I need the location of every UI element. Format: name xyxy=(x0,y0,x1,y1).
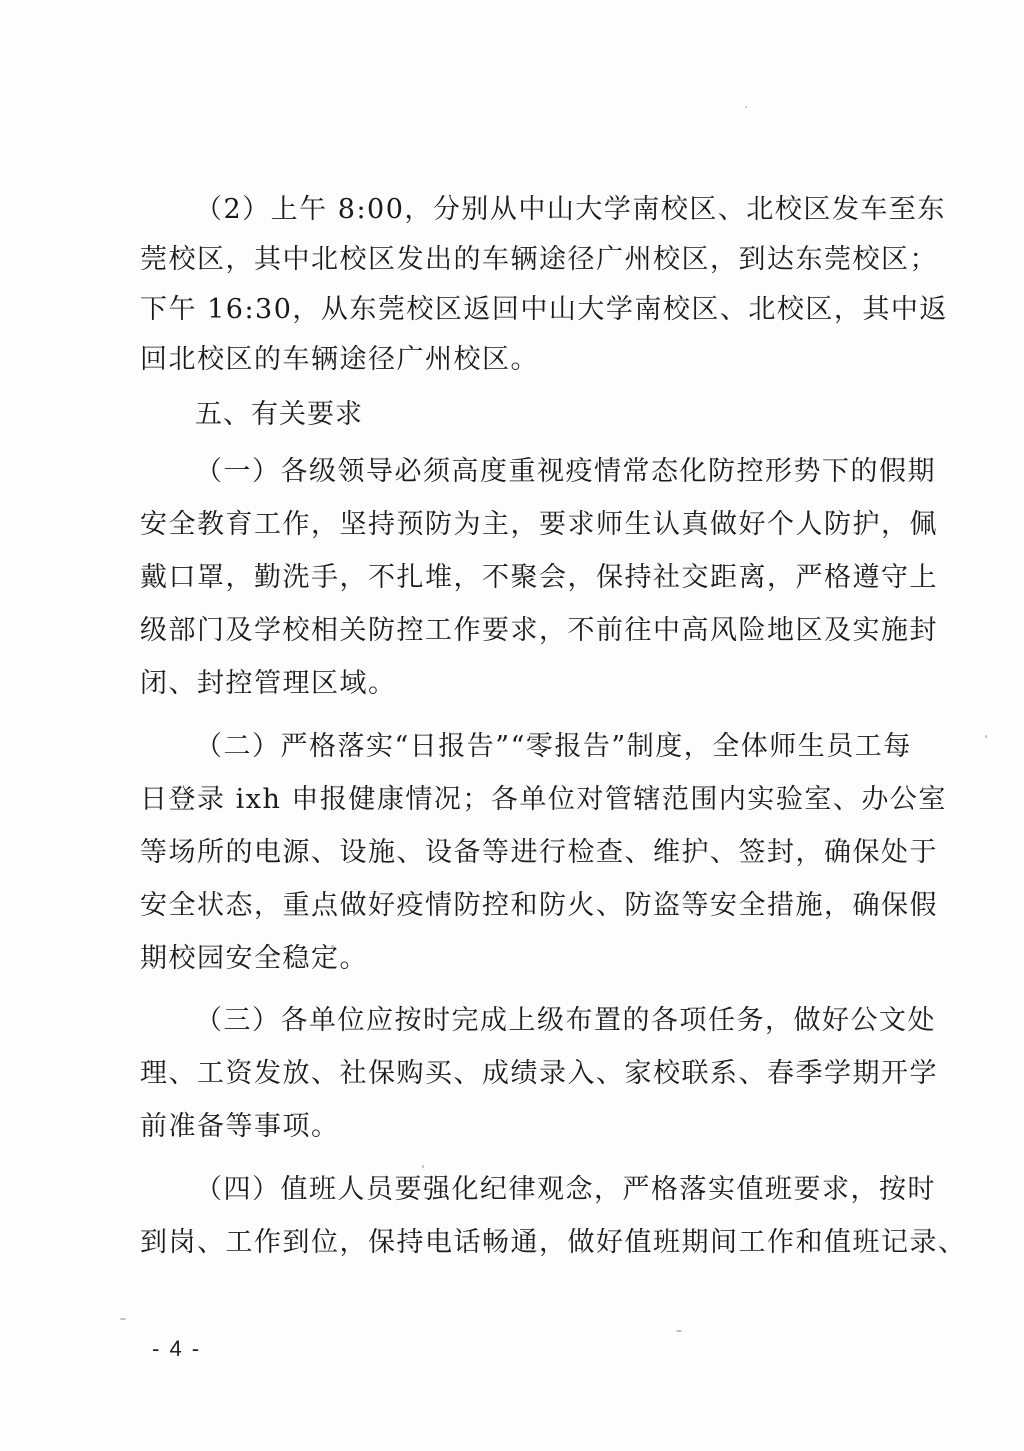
requirement-3-line-3: 前准备等事项。 xyxy=(140,1107,910,1147)
requirement-2-line-1: （二）严格落实“日报告”“零报告”制度，全体师生员工每 xyxy=(195,727,910,767)
scan-speck xyxy=(985,735,987,738)
requirement-2-line-4: 安全状态，重点做好疫情防控和防火、防盗等安全措施，确保假 xyxy=(140,886,910,926)
scan-speck xyxy=(676,1330,682,1332)
requirement-1-line-4: 级部门及学校相关防控工作要求，不前往中高风险地区及实施封 xyxy=(140,611,910,651)
paragraph-bus-schedule-line-4: 回北校区的车辆途径广州校区。 xyxy=(140,340,910,380)
scan-speck xyxy=(331,945,334,948)
scan-speck xyxy=(422,1165,424,1168)
scan-speck xyxy=(745,106,747,108)
page-number: - 4 - xyxy=(152,1336,201,1362)
requirement-2-line-2: 日登录 ixh 申报健康情况；各单位对管辖范围内实验室、办公室 xyxy=(140,780,910,820)
requirement-3-line-2: 理、工资发放、社保购买、成绩录入、家校联系、春季学期开学 xyxy=(140,1054,910,1094)
requirement-1-line-2: 安全教育工作，坚持预防为主，要求师生认真做好个人防护，佩 xyxy=(140,505,910,545)
paragraph-bus-schedule-line-2: 莞校区，其中北校区发出的车辆途径广州校区，到达东莞校区； xyxy=(140,240,910,280)
requirement-1-line-1: （一）各级领导必须高度重视疫情常态化防控形势下的假期 xyxy=(195,452,910,492)
requirement-1-line-5: 闭、封控管理区域。 xyxy=(140,664,910,704)
paragraph-bus-schedule-line-3: 下午 16:30，从东莞校区返回中山大学南校区、北校区，其中返 xyxy=(140,290,910,330)
requirement-3-line-1: （三）各单位应按时完成上级布置的各项任务，做好公文处 xyxy=(195,1001,910,1041)
paragraph-bus-schedule-line-1: （2）上午 8:00，分别从中山大学南校区、北校区发车至东 xyxy=(195,190,910,230)
requirement-4-line-1: （四）值班人员要强化纪律观念，严格落实值班要求，按时 xyxy=(195,1170,910,1210)
requirement-2-line-5: 期校园安全稳定。 xyxy=(140,939,910,979)
requirement-4-line-2: 到岗、工作到位，保持电话畅通，做好值班期间工作和值班记录、 xyxy=(140,1223,910,1263)
requirement-2-line-3: 等场所的电源、设施、设备等进行检查、维护、签封，确保处于 xyxy=(140,833,910,873)
section-heading: 五、有关要求 xyxy=(195,395,363,435)
scan-speck xyxy=(120,1318,126,1320)
requirement-1-line-3: 戴口罩，勤洗手，不扎堆，不聚会，保持社交距离，严格遵守上 xyxy=(140,558,910,598)
document-page: （2）上午 8:00，分别从中山大学南校区、北校区发车至东 莞校区，其中北校区发… xyxy=(0,0,1024,1451)
